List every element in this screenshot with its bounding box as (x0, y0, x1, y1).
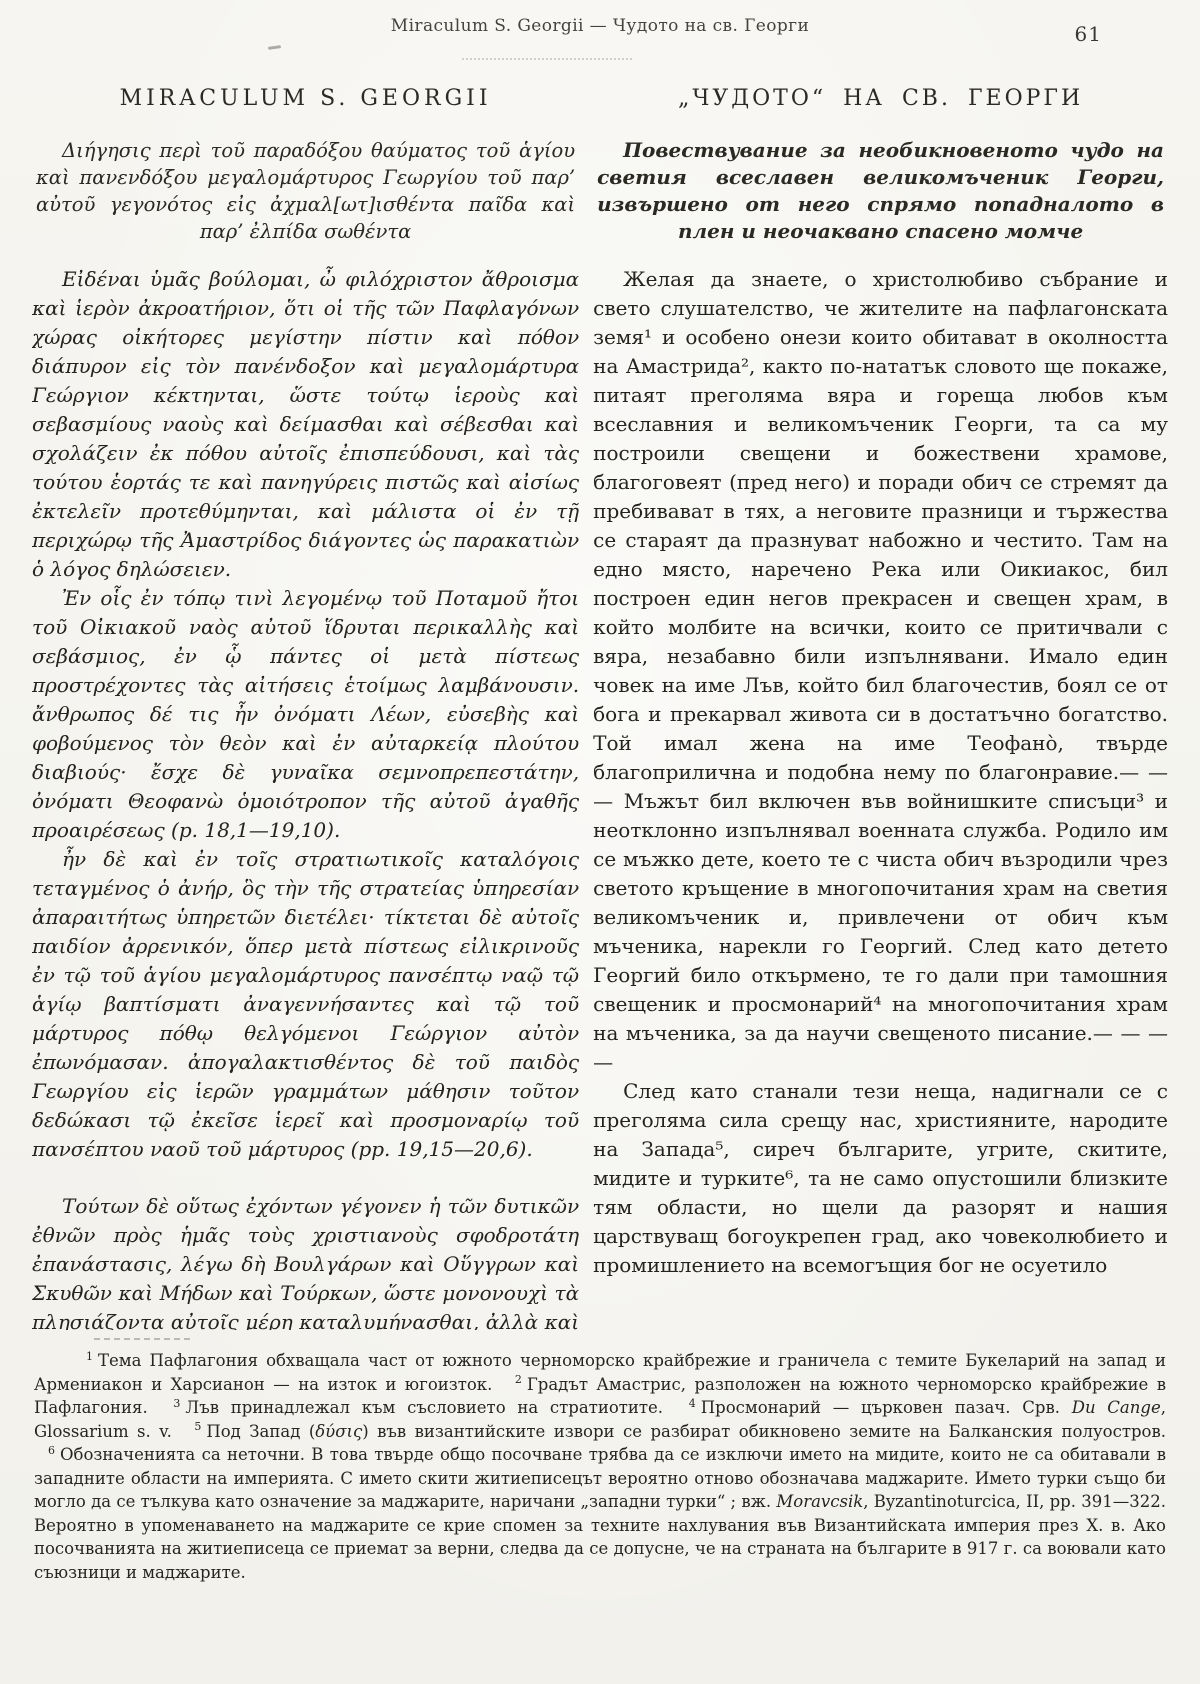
footnote-5: 5Под Запад (δύσις) във византийските изв… (180, 1422, 1166, 1441)
footnote-separator (94, 1338, 190, 1340)
bulgarian-column: „ЧУДОТО“ НА СВ. ГЕОРГИ Повествувание за … (593, 80, 1168, 1330)
footnote-5-greek-term: δύσις (315, 1422, 362, 1441)
running-header: Miraculum S. Georgii — Чудото на св. Гео… (32, 16, 1168, 56)
footnote-5-text: Под Запад ( (206, 1422, 315, 1441)
footnote-2-marker: 2 (515, 1373, 522, 1386)
bulgarian-paragraph: Желая да знаете, о христолюбиво събрание… (593, 265, 1168, 1077)
footnotes-block: 1Тема Пафлагония обхващала част от южнот… (34, 1349, 1166, 1584)
greek-paragraph: Ἐν οἷς ἐν τόπῳ τινὶ λεγομένῳ τοῦ Ποταμοῦ… (32, 584, 579, 845)
running-header-title: Miraculum S. Georgii — Чудото на св. Гео… (391, 16, 809, 36)
footnote-5-marker: 5 (194, 1420, 201, 1433)
bulgarian-epigraph: Повествувание за необикновеното чудо на … (597, 137, 1164, 245)
greek-epigraph: Διήγησις περὶ τοῦ παραδόξου θαύματος τοῦ… (36, 137, 575, 245)
footnote-3: 3Лъв принадлежал към съсловието на страт… (159, 1398, 663, 1417)
footnote-6: 6Обозначенията са неточни. В това твърде… (34, 1445, 1166, 1582)
footnote-3-marker: 3 (173, 1397, 180, 1410)
scanned-page: Miraculum S. Georgii — Чудото на св. Гео… (0, 0, 1200, 1684)
two-column-layout: MIRACULUM S. GEORGII Διήγησις περὶ τοῦ π… (32, 80, 1168, 1330)
footnote-1-marker: 1 (86, 1350, 93, 1363)
bulgarian-paragraph: След като станали тези неща, надигнали с… (593, 1077, 1168, 1280)
scan-artifact-dots (462, 58, 632, 60)
footnote-3-text: Лъв принадлежал към съсловието на страти… (185, 1398, 663, 1417)
footnote-4-cited-author: Du Cange (1072, 1398, 1161, 1417)
greek-paragraph: ἦν δὲ καὶ ἐν τοῖς στρατιωτικοῖς καταλόγο… (32, 845, 579, 1164)
greek-column-title: MIRACULUM S. GEORGII (32, 86, 579, 111)
bulgarian-column-title: „ЧУДОТО“ НА СВ. ГЕОРГИ (593, 86, 1168, 111)
page-number: 61 (1075, 22, 1102, 46)
footnote-5-text-tail: ) във византийските извори се разбират о… (362, 1422, 1166, 1441)
footnote-4-marker: 4 (689, 1397, 696, 1410)
footnote-4-text: Просмонарий — църковен пазач. Срв. (701, 1398, 1072, 1417)
greek-column: MIRACULUM S. GEORGII Διήγησις περὶ τοῦ π… (32, 80, 579, 1330)
greek-paragraph: Τούτων δὲ οὕτως ἐχόντων γέγονεν ἡ τῶν δυ… (32, 1192, 579, 1330)
greek-paragraph: Εἰδέναι ὑμᾶς βούλομαι, ὦ φιλόχριστον ἄθρ… (32, 265, 579, 584)
footnote-6-cited-author: Moravcsik (776, 1492, 863, 1511)
footnote-6-marker: 6 (48, 1444, 55, 1457)
